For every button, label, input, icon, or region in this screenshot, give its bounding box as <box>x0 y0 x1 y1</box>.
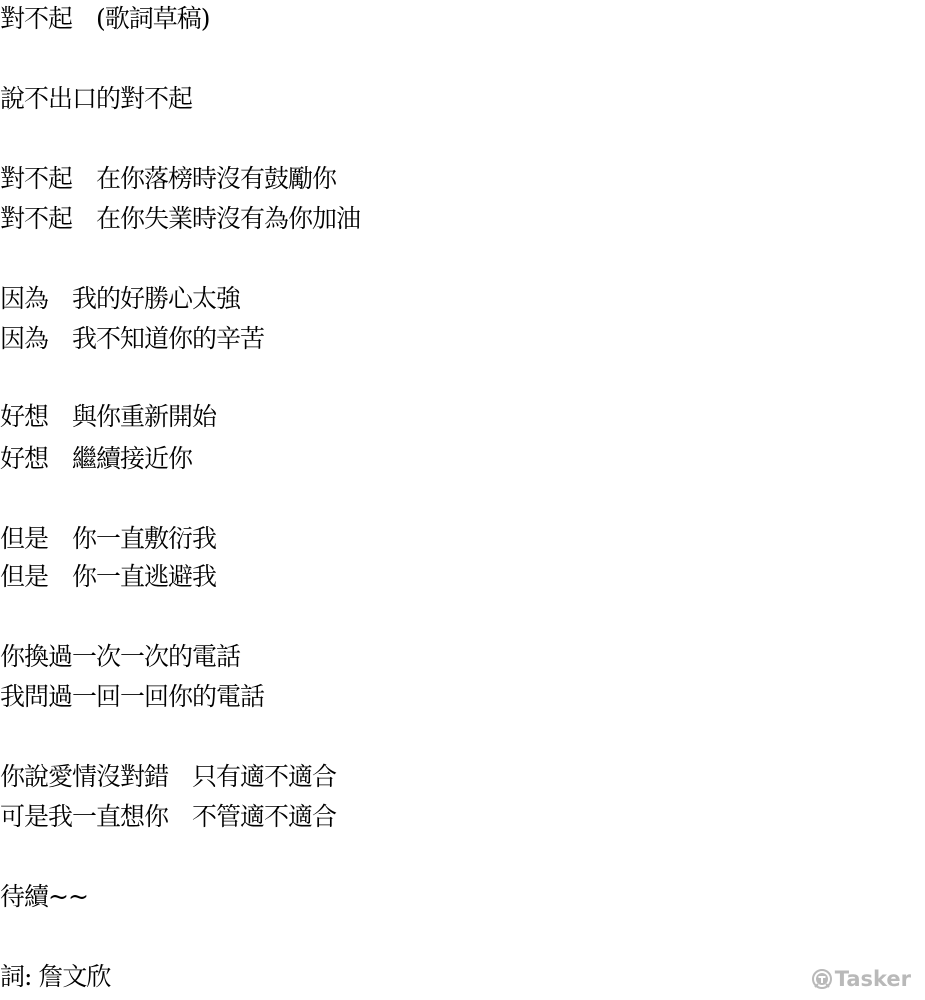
lyricist-credit: 詞: 詹文欣 <box>0 962 110 992</box>
lyric-line: 好想 與你重新開始 <box>0 402 216 432</box>
lyric-line: 說不出口的對不起 <box>0 84 192 114</box>
to-be-continued: 待續~~ <box>0 882 88 912</box>
lyric-line: 可是我一直想你 不管適不適合 <box>0 802 336 832</box>
lyric-line: 你說愛情沒對錯 只有適不適合 <box>0 762 336 792</box>
tasker-watermark: Tasker <box>811 965 911 993</box>
lyric-line: 因為 我不知道你的辛苦 <box>0 324 264 354</box>
watermark-label: Tasker <box>835 967 911 991</box>
lyric-line: 但是 你一直敷衍我 <box>0 524 216 554</box>
lyric-line: 但是 你一直逃避我 <box>0 562 216 592</box>
document-title: 對不起 (歌詞草稿) <box>0 4 210 34</box>
tasker-logo-icon <box>811 968 833 990</box>
lyric-line: 好想 繼續接近你 <box>0 444 192 474</box>
lyric-line: 對不起 在你落榜時沒有鼓勵你 <box>0 164 336 194</box>
lyric-line: 你換過一次一次的電話 <box>0 642 240 672</box>
lyric-line: 我問過一回一回你的電話 <box>0 682 264 712</box>
lyric-line: 因為 我的好勝心太強 <box>0 284 240 314</box>
lyric-line: 對不起 在你失業時沒有為你加油 <box>0 204 360 234</box>
